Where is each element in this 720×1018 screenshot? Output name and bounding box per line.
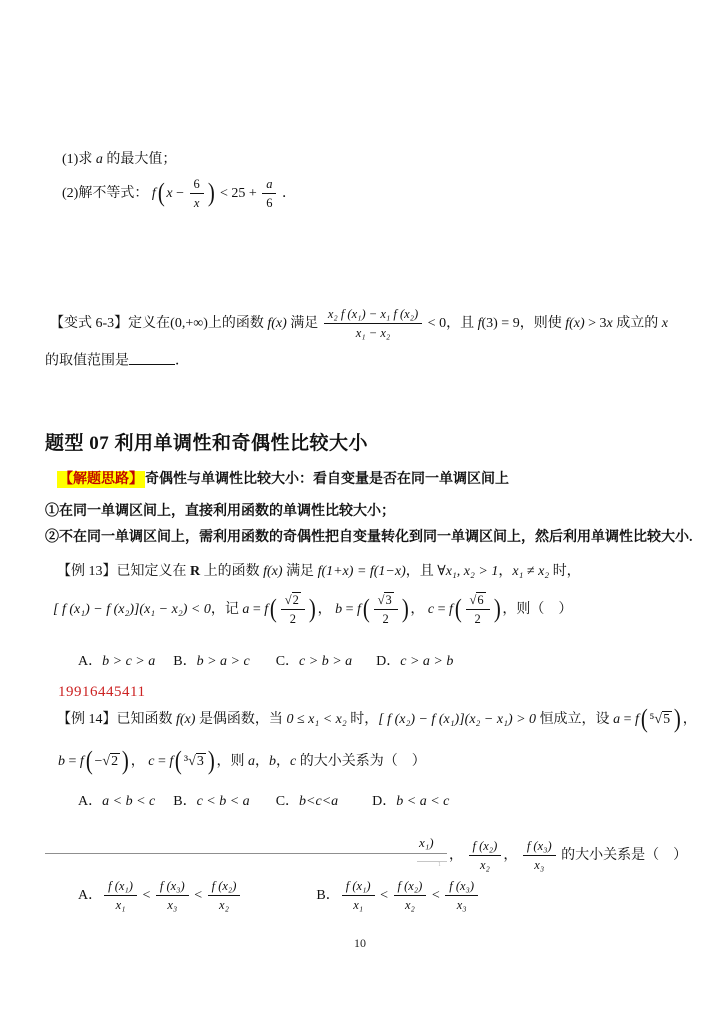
- numerator: f (x₃): [156, 878, 189, 895]
- text-run: f (x₂): [398, 879, 423, 893]
- example-14-line1: 【例 14】已知函数 f(x) 是偶函数，当 0 ≤ x₁ < x₂ 时，[ f…: [57, 710, 697, 730]
- text-run: [ f (x₂) − f (x₁)](x₂ − x₁) > 0: [378, 712, 536, 727]
- radicand: 3: [196, 753, 206, 769]
- method-label: 【解题思路】: [57, 471, 145, 488]
- text-run: ，: [318, 602, 336, 617]
- text-run: f(x): [565, 316, 584, 331]
- numerator: x₂ f (x₁) − x₁ f (x₂): [324, 306, 422, 323]
- radicand: 2: [292, 592, 301, 607]
- text-run: 0 ≤ x₁ < x₂: [286, 712, 346, 727]
- text-run: f (x₁): [346, 879, 371, 893]
- option-label: B．: [316, 888, 339, 903]
- radical-sign-icon: ⁵√: [650, 712, 663, 727]
- fraction: x₂ f (x₁) − x₁ f (x₂)x₁ − x₂: [324, 306, 422, 342]
- text-run: ，: [276, 754, 290, 769]
- denominator: 2: [466, 609, 490, 627]
- text-run: 2: [290, 612, 296, 626]
- option-text: c > b > a: [299, 654, 352, 669]
- text-run: x: [662, 316, 668, 331]
- text-run: −: [173, 186, 188, 201]
- text-run: > 3: [585, 316, 607, 331]
- text-run: ，且: [406, 564, 438, 579]
- text-run: f (x₂): [212, 879, 237, 893]
- fraction: 6x: [190, 176, 204, 212]
- fraction: f (x₁)x₁: [104, 878, 137, 914]
- text-run: ，则（ ）: [502, 602, 572, 617]
- radical-sign-icon: √: [102, 754, 110, 769]
- numerator: f (x₁): [342, 878, 375, 895]
- numerator: f (x₂): [394, 878, 427, 895]
- spacer: [250, 664, 276, 665]
- text-run: f: [449, 602, 453, 617]
- text-run: =: [620, 712, 635, 727]
- option-text: b < a < c: [396, 794, 449, 809]
- text-run: ，: [683, 712, 697, 727]
- text-run: < 0，且: [424, 316, 477, 331]
- denominator: x₂: [394, 895, 427, 913]
- denominator: 2: [374, 609, 398, 627]
- option-text: c < b < a: [197, 794, 250, 809]
- radical-sign-icon: √: [285, 593, 292, 607]
- spacer: [155, 804, 173, 805]
- text-run: 的大小关系是（ ）: [558, 848, 688, 863]
- denominator: x₃: [523, 855, 556, 873]
- text-run: 6: [194, 177, 200, 191]
- text-run: 满足: [287, 316, 322, 331]
- text-run: =: [65, 754, 80, 769]
- text-run: <: [428, 888, 443, 903]
- example-14-line2: b = f(−√2)， c = f(³√3)，则 a，b，c 的大小关系为（ ）: [58, 752, 426, 772]
- denominator: x₂: [469, 855, 502, 873]
- problem-part2-formula-line: (2)解不等式： f(x − 6x) < 25 + a6 ．: [62, 176, 296, 212]
- text-run: 上的函数: [200, 564, 263, 579]
- text-run: x: [194, 196, 200, 210]
- radical: √2: [285, 594, 301, 607]
- text-run: f(x): [176, 712, 195, 727]
- numerator: √3: [374, 592, 398, 609]
- example-13-line1: 【例 13】已知定义在 R 上的函数 f(x) 满足 f(1+x) = f(1−…: [57, 562, 581, 582]
- method-idea-line: 【解题思路】奇偶性与单调性比较大小：看自变量是否在同一单调区间上: [57, 470, 509, 490]
- radical: √2: [102, 755, 120, 770]
- text-run: <: [139, 888, 154, 903]
- text-run: f: [169, 754, 173, 769]
- text-run: ，: [131, 754, 149, 769]
- fraction-options-row: A．f (x₁)x₁ < f (x₃)x₃ < f (x₂)x₂B．f (x₁)…: [78, 878, 480, 914]
- text-run: a: [96, 152, 103, 167]
- problem-part1-line: (1)求 a 的最大值；: [62, 150, 176, 170]
- text-run: x₁ ≠ x₂: [512, 564, 549, 579]
- radicand: 3: [384, 592, 393, 607]
- denominator: x₁: [342, 895, 375, 913]
- numerator: f (x₂): [208, 878, 241, 895]
- text-run: b: [269, 754, 276, 769]
- radicand: 2: [110, 753, 120, 769]
- text-run: <: [191, 888, 206, 903]
- spacer: [155, 664, 173, 665]
- text-run: f: [635, 712, 639, 727]
- text-run: a: [266, 177, 272, 191]
- denominator: x₃: [445, 895, 478, 913]
- text-run: x₁: [353, 898, 363, 912]
- spacer: [242, 898, 316, 899]
- spacer: [250, 804, 276, 805]
- section-heading: 题型 07 利用单调性和奇偶性比较大小: [45, 430, 368, 458]
- text-run: (3) = 9，则使: [481, 316, 565, 331]
- text-run: f (x₁): [108, 879, 133, 893]
- answer-blank: [129, 350, 175, 365]
- example-14-options-row: A．a < b < cB．c < b < aC．b<c<aD．b < a < c: [78, 792, 449, 812]
- text-run: x₂: [219, 898, 229, 912]
- denominator: x₃: [156, 895, 189, 913]
- fraction: f (x₂)x₂: [469, 838, 502, 874]
- fraction: √22: [281, 592, 305, 628]
- radical: √6: [470, 594, 486, 607]
- radical-sign-icon: ³√: [184, 754, 196, 769]
- option-text: b > c > a: [102, 654, 155, 669]
- text-run: ，: [498, 564, 512, 579]
- option-label: C．: [276, 654, 299, 669]
- option-text: a < b < c: [102, 794, 155, 809]
- text-run: ，则: [216, 754, 248, 769]
- fraction: f (x₁)x₁: [342, 878, 375, 914]
- text-run: f: [357, 602, 361, 617]
- text-run: f (x₂): [473, 839, 498, 853]
- text-run: b: [58, 754, 65, 769]
- option-label: D．: [376, 654, 400, 669]
- text-run: ．: [278, 186, 296, 201]
- fraction: f (x₃)x₃: [523, 838, 556, 874]
- text-run: x₂: [405, 898, 415, 912]
- truncated-numerator: x₁): [419, 835, 434, 850]
- text-run: 满足: [283, 564, 318, 579]
- denominator: x₁: [104, 895, 137, 913]
- text-run: ，记: [211, 602, 243, 617]
- option-label: B．: [173, 654, 196, 669]
- text-run: (1)求: [62, 152, 96, 167]
- fraction: f (x₃)x₃: [156, 878, 189, 914]
- page-number: 10: [0, 936, 720, 951]
- option-label: A．: [78, 794, 102, 809]
- spacer: [352, 664, 376, 665]
- text-run: =: [434, 602, 449, 617]
- radical: ⁵√5: [650, 713, 673, 728]
- text-run: ．: [175, 354, 189, 369]
- truncated-denominator: ₁: [438, 856, 441, 866]
- text-run: R: [190, 564, 200, 579]
- text-run: x₁ − x₂: [356, 326, 390, 340]
- text-run: 的大小关系为（ ）: [296, 754, 426, 769]
- numerator: f (x₃): [445, 878, 478, 895]
- text-run: 是偶函数，当: [195, 712, 286, 727]
- denominator: x: [190, 193, 204, 211]
- text-run: =: [154, 754, 169, 769]
- fraction-bar-artifact-2: [417, 861, 447, 862]
- watermark-phone-number: 19916445411: [58, 682, 145, 704]
- text-run: 【例 14】已知函数: [57, 712, 176, 727]
- truncated-question-row: ， f (x₂)x₂， f (x₃)x₃ 的大小关系是（ ）: [449, 838, 687, 874]
- text-run: f (x₃): [527, 839, 552, 853]
- text-run: 2: [474, 612, 480, 626]
- text-run: f(x): [267, 316, 286, 331]
- text-run: ，: [410, 602, 428, 617]
- option-text: b<c<a: [299, 794, 338, 809]
- text-run: 的最大值；: [103, 152, 177, 167]
- text-run: 时，: [347, 712, 379, 727]
- text-run: x₃: [534, 858, 544, 872]
- radicand: 5: [662, 711, 672, 727]
- text-run: x₃: [457, 898, 467, 912]
- text-run: 的取值范围是: [45, 354, 129, 369]
- truncated-subscript-fragment: ₁: [438, 857, 441, 866]
- fraction: √62: [466, 592, 490, 628]
- option-label: D．: [372, 794, 396, 809]
- text-run: =: [249, 602, 264, 617]
- text-run: x₃: [167, 898, 177, 912]
- method-point-2: ②不在同一单调区间上，需利用函数的奇偶性把自变量转化到同一单调区间上，然后利用单…: [45, 528, 693, 548]
- text-run: f (x₃): [449, 879, 474, 893]
- text-run: ，: [503, 848, 521, 863]
- fraction-bar-artifact: [45, 853, 447, 854]
- text-run: 6: [266, 196, 272, 210]
- text-run: <: [377, 888, 392, 903]
- text-run: f: [264, 602, 268, 617]
- numerator: f (x₂): [469, 838, 502, 855]
- numerator: a: [262, 176, 276, 193]
- text-run: ∀x₁, x₂ > 1: [437, 564, 498, 579]
- text-run: ①在同一单调区间上，直接利用函数的单调性比较大小；: [45, 504, 395, 519]
- numerator: √6: [466, 592, 490, 609]
- numerator: f (x₁): [104, 878, 137, 895]
- fraction: f (x₂)x₂: [208, 878, 241, 914]
- text-run: [ f (x₁) − f (x₂)](x₁ − x₂) < 0: [53, 602, 211, 617]
- text-run: =: [342, 602, 357, 617]
- text-run: ②不在同一单调区间上，需利用函数的奇偶性把自变量转化到同一单调区间上，然后利用单…: [45, 530, 693, 545]
- radical: √3: [378, 594, 394, 607]
- truncated-formula-fragment: x₁): [419, 835, 434, 851]
- option-label: A．: [78, 888, 102, 903]
- option-text: c > a > b: [400, 654, 453, 669]
- numerator: √2: [281, 592, 305, 609]
- text-run: < 25 +: [216, 186, 260, 201]
- fraction: f (x₂)x₂: [394, 878, 427, 914]
- text-run: f(1+x) = f(1−x): [318, 564, 406, 579]
- text-run: a: [613, 712, 620, 727]
- text-run: f: [152, 186, 156, 201]
- text-run: 时，: [549, 564, 581, 579]
- text-run: 成立的: [613, 316, 662, 331]
- text-run: 2: [383, 612, 389, 626]
- text-run: f(x): [263, 564, 282, 579]
- text-run: ，: [255, 754, 269, 769]
- method-point-1: ①在同一单调区间上，直接利用函数的单调性比较大小；: [45, 502, 395, 522]
- text-run: 奇偶性与单调性比较大小：看自变量是否在同一单调区间上: [145, 472, 509, 487]
- example-13-options-row: A．b > c > aB．b > a > cC．c > b > aD．c > a…: [78, 652, 453, 672]
- text-run: x₂: [480, 858, 490, 872]
- text-run: −: [94, 754, 102, 769]
- variant-6-3-line2: 的取值范围是．: [45, 350, 189, 372]
- fraction: f (x₃)x₃: [445, 878, 478, 914]
- option-label: A．: [78, 654, 102, 669]
- fraction: a6: [262, 176, 276, 212]
- text-run: f (x₃): [160, 879, 185, 893]
- option-label: B．: [173, 794, 196, 809]
- option-text: b > a > c: [197, 654, 250, 669]
- denominator: 2: [281, 609, 305, 627]
- text-run: a: [248, 754, 255, 769]
- text-run: 恒成立，设: [536, 712, 613, 727]
- example-13-line2: [ f (x₁) − f (x₂)](x₁ − x₂) < 0，记 a = f(…: [53, 592, 572, 628]
- denominator: 6: [262, 193, 276, 211]
- fraction: √32: [374, 592, 398, 628]
- text-run: 【例 13】已知定义在: [57, 564, 190, 579]
- spacer: [338, 804, 372, 805]
- numerator: f (x₃): [523, 838, 556, 855]
- numerator: 6: [190, 176, 204, 193]
- text-run: 【变式 6-3】定义在(0,+∞)上的函数: [50, 316, 267, 331]
- text-run: (2)解不等式：: [62, 186, 152, 201]
- text-run: f: [80, 754, 84, 769]
- option-label: C．: [276, 794, 299, 809]
- variant-6-3-line1: 【变式 6-3】定义在(0,+∞)上的函数 f(x) 满足 x₂ f (x₁) …: [50, 306, 668, 342]
- radical: ³√3: [184, 755, 206, 770]
- text-run: ，: [449, 848, 467, 863]
- denominator: x₁ − x₂: [324, 323, 422, 341]
- text-run: x₂ f (x₁) − x₁ f (x₂): [328, 307, 418, 321]
- text-run: x₁: [116, 898, 126, 912]
- denominator: x₂: [208, 895, 241, 913]
- document-page: { "meta": { "page_number": "10" }, "colo…: [0, 0, 720, 1018]
- radicand: 6: [476, 592, 485, 607]
